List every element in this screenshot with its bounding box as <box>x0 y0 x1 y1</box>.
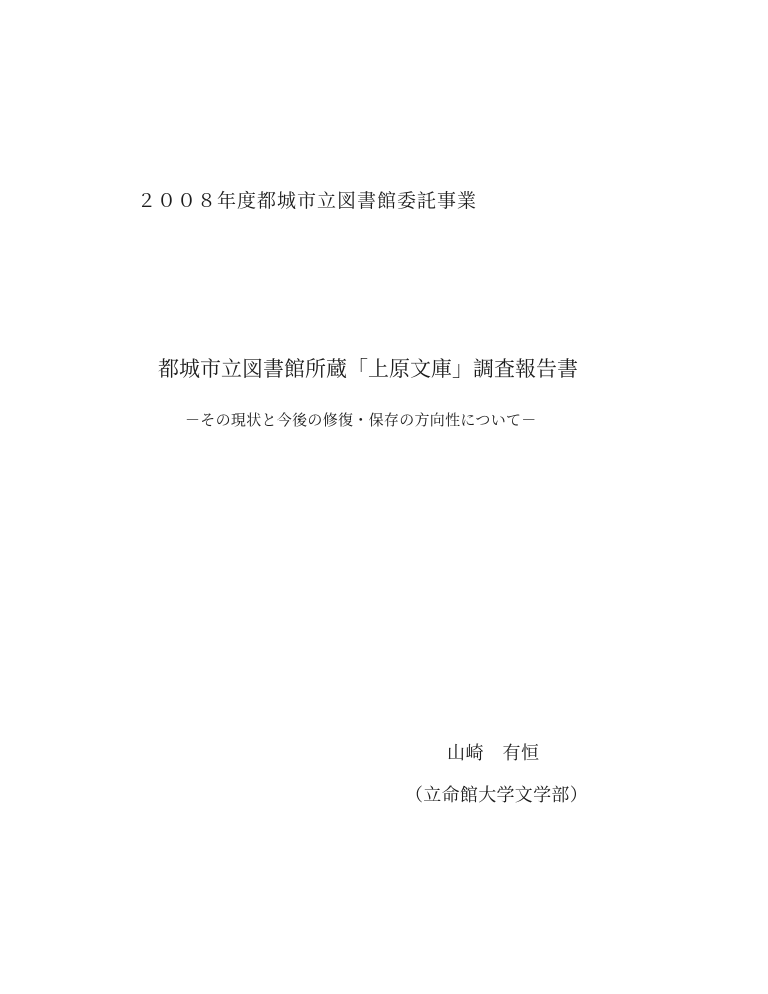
author-affiliation: （立命館大学文学部） <box>405 786 588 804</box>
report-subtitle: －その現状と今後の修復・保存の方向性について－ <box>185 414 537 429</box>
report-cover-page: ２００８年度都城市立図書館委託事業 都城市立図書館所蔵「上原文庫」調査報告書 －… <box>0 0 768 994</box>
project-year-line: ２００８年度都城市立図書館委託事業 <box>137 192 477 211</box>
report-title: 都城市立図書館所蔵「上原文庫」調査報告書 <box>158 359 578 380</box>
author-name: 山崎 有恒 <box>447 744 540 762</box>
